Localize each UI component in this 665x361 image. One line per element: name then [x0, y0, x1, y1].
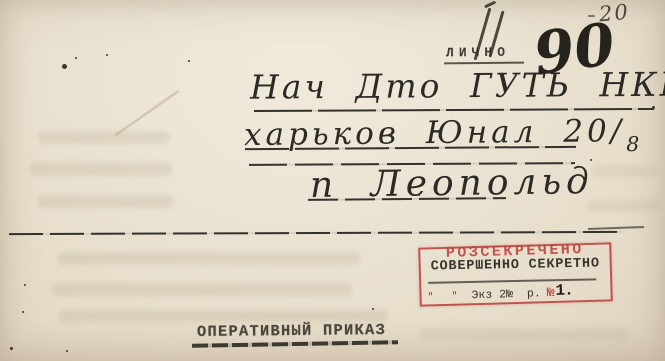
ink-speck [372, 308, 374, 310]
top-secret-stamp-text: СОВЕРШЕННО СЕКРЕТНО [421, 256, 610, 274]
bleed-through-text [58, 252, 360, 265]
bleed-through-text [30, 162, 172, 176]
ink-speck [62, 64, 67, 69]
declassification-stamp: РОЗСЕКРЕЧЕНО СОВЕРШЕННО СЕКРЕТНО " " Экз… [418, 242, 613, 306]
short-dash [588, 226, 644, 230]
address-line-2: харьков Юнал 20/8 [244, 113, 643, 153]
strike-mark [484, 1, 496, 8]
address-line-2-text: харьков Юнал 20/ [244, 113, 625, 153]
personal-label: ЛИЧНО [444, 45, 524, 65]
copy-number-value: 1. [555, 281, 573, 299]
ink-speck [10, 347, 13, 350]
copy-number-row: " " Экз 2№ р. № 1. [427, 280, 605, 303]
paper-crease [115, 90, 180, 136]
quote-marks: " " [427, 291, 463, 303]
ink-speck [75, 57, 77, 59]
bleed-through-text [592, 165, 658, 177]
ink-speck [66, 350, 68, 352]
ink-speck [106, 54, 108, 56]
bleed-through-text [52, 283, 352, 296]
bleed-through-text [420, 328, 630, 340]
copy-label: Экз 2№ [471, 288, 513, 302]
bleed-through-text [38, 131, 170, 144]
scanned-document-page: 20 ЛИЧНО 90 Нач Дто ГУТЬ НКВД харьков Юн… [0, 0, 665, 361]
operational-order-title: ОПЕРАТИВНЫЙ ПРИКАЗ [197, 321, 386, 341]
handwritten-number: 90 [530, 15, 618, 84]
date-denominator: 8 [626, 132, 643, 156]
bleed-through-text [58, 310, 388, 322]
ink-speck [22, 311, 24, 313]
bleed-through-text [38, 195, 174, 208]
underline [254, 108, 654, 112]
address-line-3: п Леопольд [310, 161, 594, 206]
title-underline [192, 340, 398, 348]
ink-speck [188, 60, 190, 62]
bleed-through-text [586, 200, 660, 212]
page-label: р. [527, 287, 541, 300]
separator-dashed-line [9, 231, 623, 235]
ink-speck [24, 284, 26, 286]
number-sign: № [547, 285, 555, 300]
